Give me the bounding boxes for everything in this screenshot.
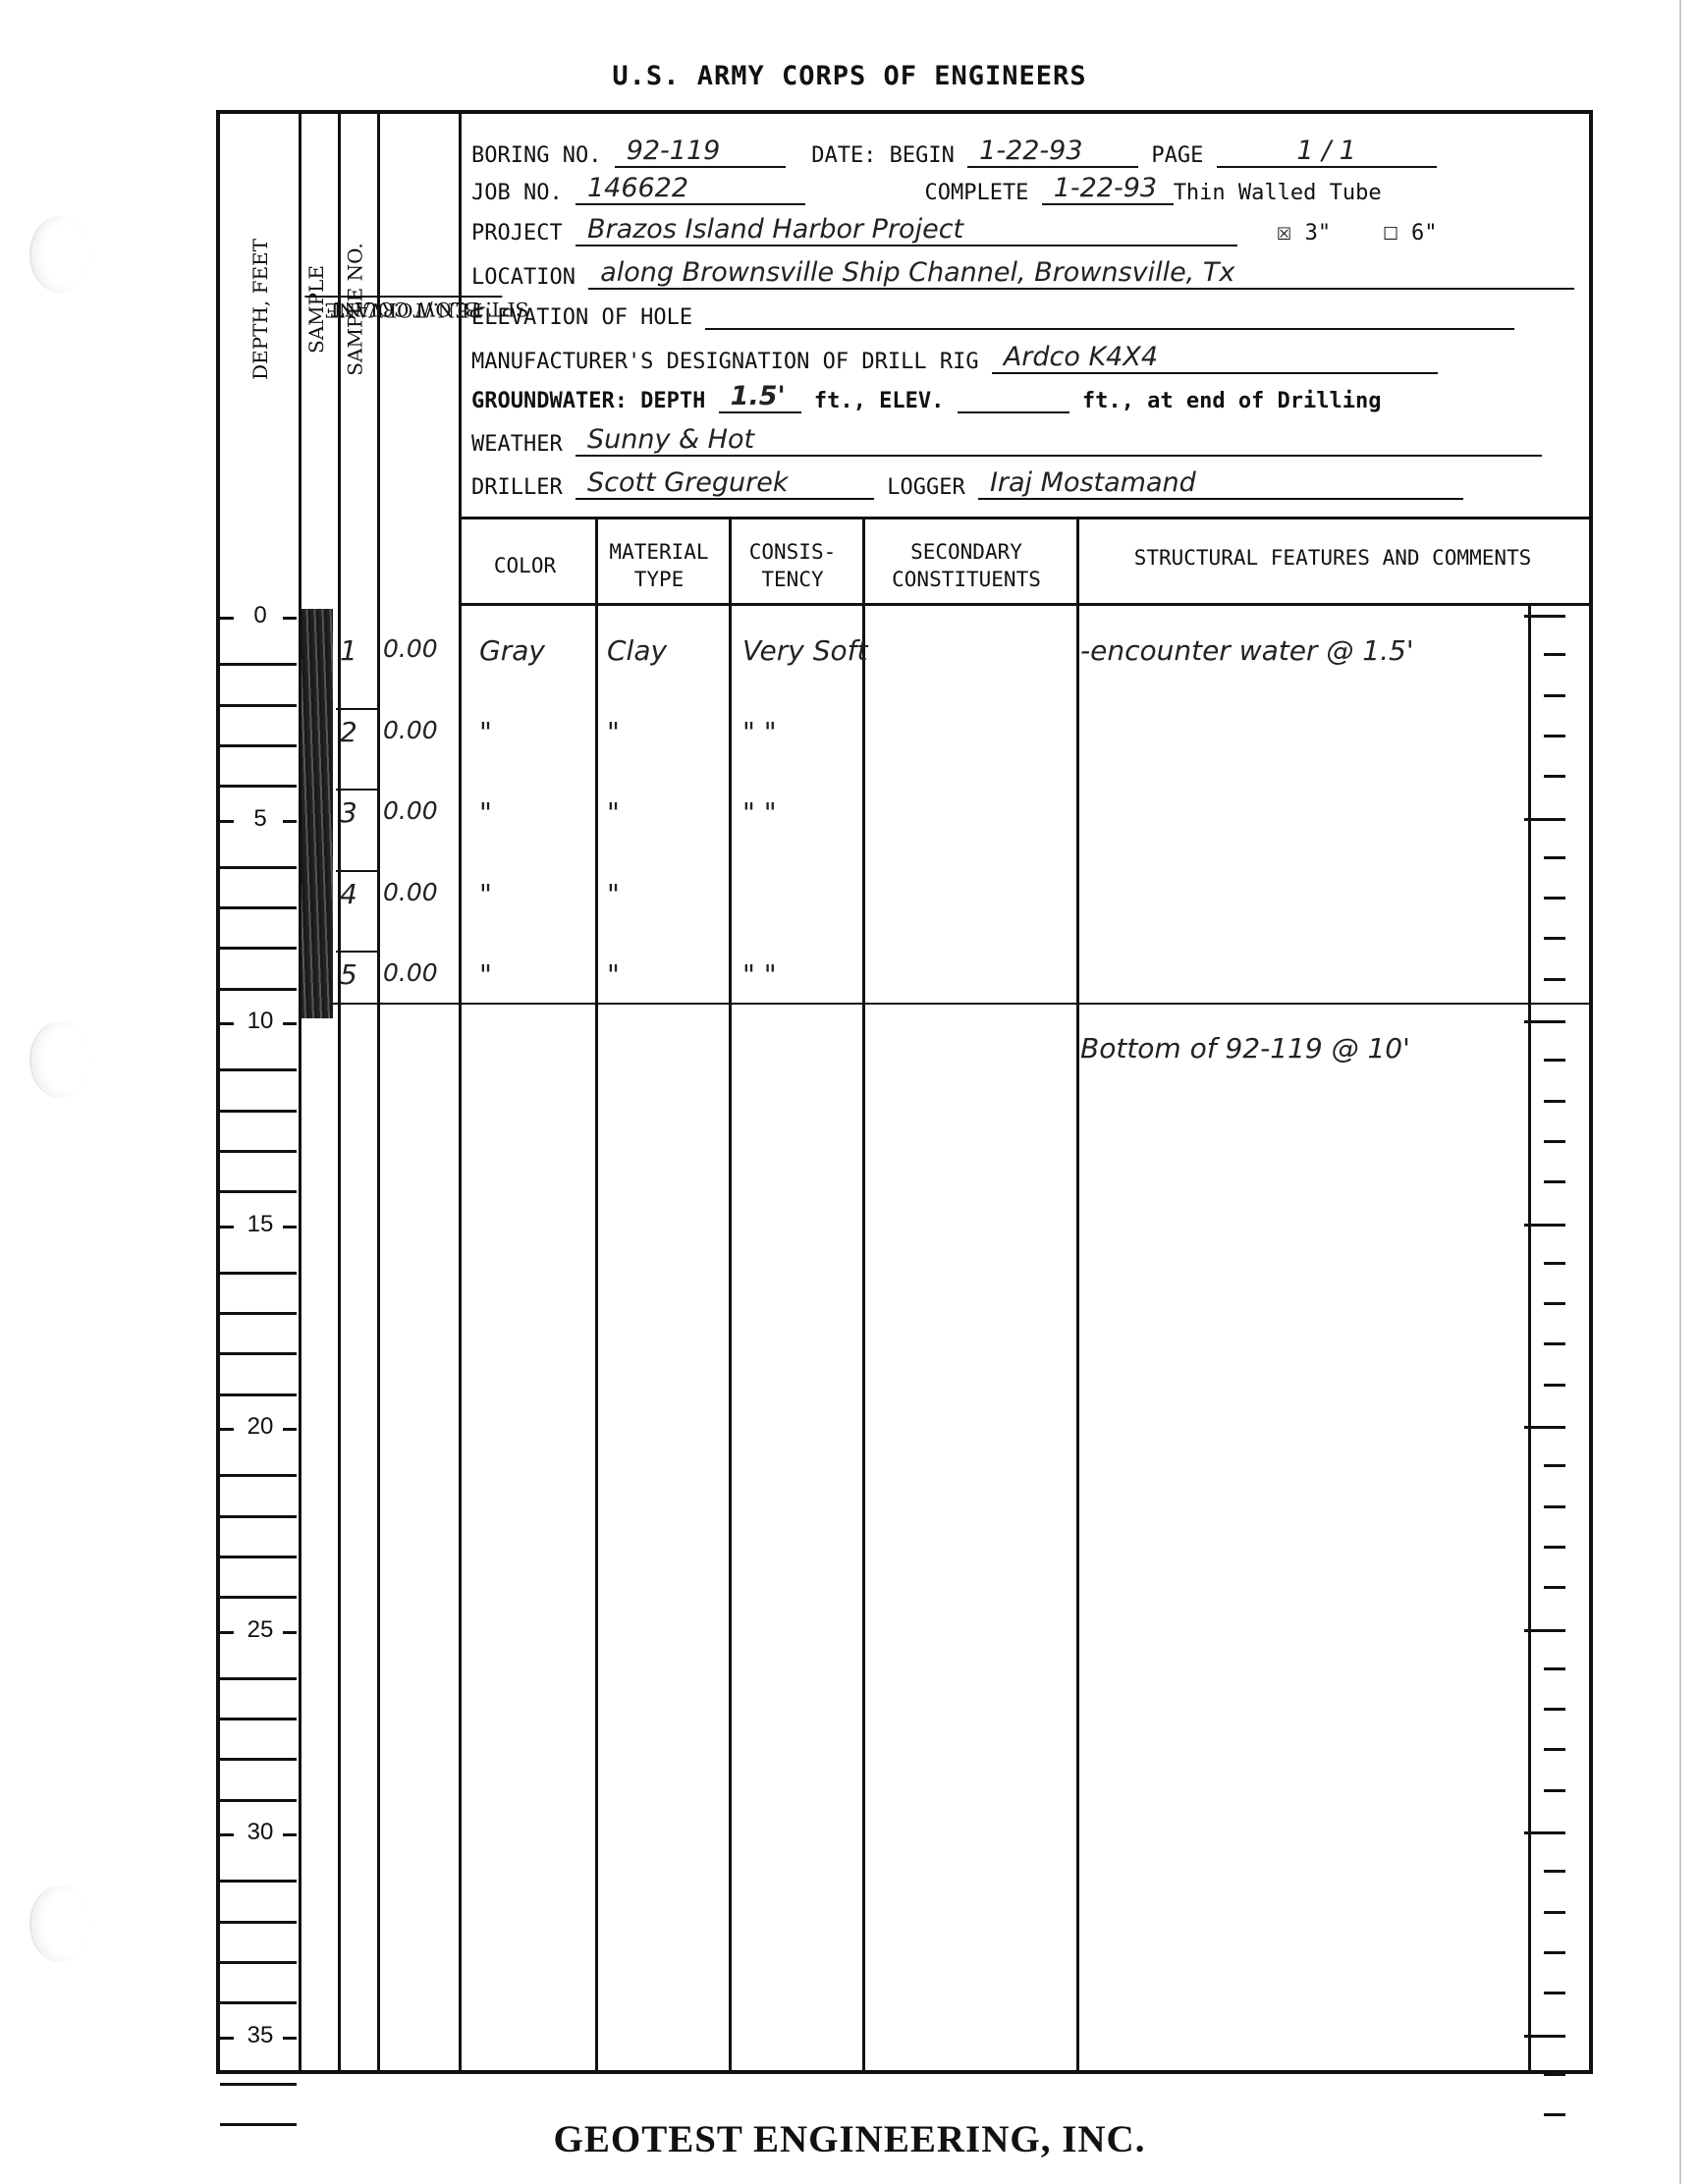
sample-no: 5 [340, 958, 357, 991]
depth-label: 35 [226, 2022, 295, 2049]
agency-title: U.S. ARMY CORPS OF ENGINEERS [0, 61, 1699, 91]
punch-hole [29, 1885, 90, 1962]
col-header-depth: DEPTH, FEET [222, 128, 299, 491]
material-value: Clay [607, 634, 667, 667]
col-header-color: COLOR [459, 528, 591, 603]
divider [1528, 603, 1531, 2070]
col-header-structural: STRUCTURAL FEATURES AND COMMENTS [1074, 520, 1591, 595]
divider [862, 517, 865, 2070]
material-value: " [607, 716, 620, 748]
col-header-consistency: CONSIS- TENCY [727, 528, 858, 603]
pen-value: 0.00 [383, 958, 438, 987]
pen-value: 0.00 [383, 634, 438, 663]
consistency-value: " " [742, 958, 777, 991]
col-header-pen-spt: PEN./TORVANESPT.-BLOW COUNT [375, 128, 457, 491]
sample-no: 2 [340, 716, 357, 748]
color-value: Gray [479, 634, 545, 667]
color-value: " [479, 878, 492, 910]
sample-no: 4 [340, 878, 357, 910]
col-header-secondary: SECONDARY CONSTITUENTS [860, 528, 1072, 603]
page-edge [1679, 0, 1681, 2184]
divider [595, 517, 598, 2070]
sample-no: 3 [340, 796, 357, 829]
depth-label: 5 [226, 805, 295, 833]
divider [459, 603, 1589, 606]
pen-value: 0.00 [383, 796, 438, 825]
material-value: " [607, 878, 620, 910]
sample-interval-bar [301, 609, 333, 1018]
color-value: " [479, 796, 492, 829]
punch-hole [29, 216, 90, 293]
consistency-value: Very Soft [742, 634, 867, 667]
color-value: " [479, 716, 492, 748]
material-value: " [607, 796, 620, 829]
divider [459, 114, 462, 2070]
divider [459, 517, 1589, 519]
depth-label: 30 [226, 1819, 295, 1846]
material-value: " [607, 958, 620, 991]
color-value: " [479, 958, 492, 991]
sample-no: 1 [340, 634, 357, 667]
divider [729, 517, 732, 2070]
comment-text: -encounter water @ 1.5' [1080, 634, 1414, 667]
bottom-of-boring-line [299, 1003, 1589, 1005]
divider [1076, 517, 1079, 2070]
pen-value: 0.00 [383, 878, 438, 906]
col-header-material: MATERIAL TYPE [593, 528, 725, 603]
depth-label: 0 [226, 602, 295, 629]
depth-label: 20 [226, 1413, 295, 1441]
comment-text: Bottom of 92-119 @ 10' [1080, 1032, 1410, 1065]
depth-label: 15 [226, 1211, 295, 1238]
consistency-value: " " [742, 716, 777, 748]
punch-hole [29, 1021, 90, 1098]
depth-label: 10 [226, 1008, 295, 1035]
consistency-value: " " [742, 796, 777, 829]
depth-label: 25 [226, 1616, 295, 1644]
company-footer: GEOTEST ENGINEERING, INC. [0, 2117, 1699, 2161]
pen-value: 0.00 [383, 716, 438, 744]
